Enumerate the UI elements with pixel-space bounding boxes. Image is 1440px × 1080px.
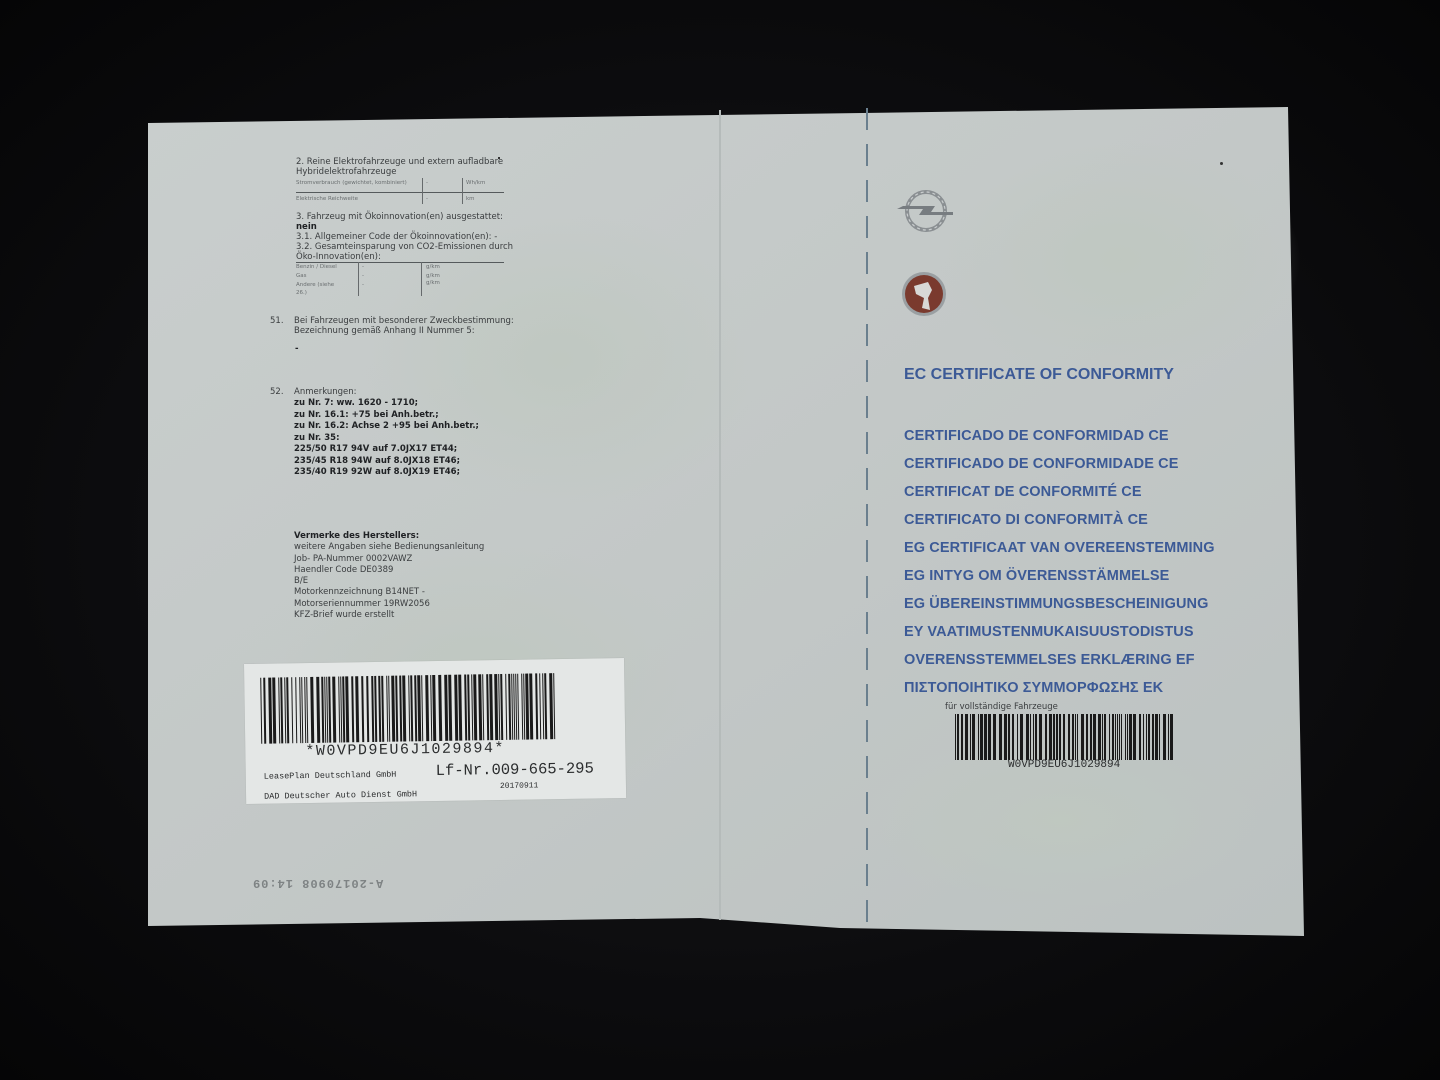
speck — [1220, 162, 1223, 165]
note-line: Haendler Code DE0389 — [294, 565, 484, 576]
translation-el: ΠΙΣΤΟΠΟΙΗΤΙΚΟ ΣΥΜΜΟΡΦΩΣΗΣ ΕΚ — [904, 680, 1163, 696]
note-line: Job- PA-Nummer 0002VAWZ — [294, 554, 484, 565]
section2-row-value: - — [426, 196, 428, 202]
section3-row-label: 26.) — [296, 290, 307, 296]
note-line: Motorseriennummer 19RW2056 — [294, 599, 484, 610]
section2-row-label: Stromverbrauch (gewichtet, kombiniert) — [296, 180, 407, 186]
table-rule — [296, 192, 504, 193]
opel-logo-icon — [893, 186, 959, 236]
item51-value: - — [295, 344, 299, 355]
item52-title: Anmerkungen: — [294, 387, 357, 398]
sticker-company1: LeasePlan Deutschland GmbH — [264, 770, 397, 782]
speck — [498, 157, 500, 159]
remark-line: zu Nr. 16.1: +75 bei Anh.betr.; — [294, 410, 479, 422]
item51-number: 51. — [270, 316, 284, 327]
section3-row-unit: g/km — [426, 273, 440, 279]
vauxhall-griffin-icon — [898, 268, 950, 320]
translation-da: OVERENSSTEMMELSES ERKLÆRING EF — [904, 652, 1195, 668]
section2-title-line2: Hybridelektrofahrzeuge — [296, 167, 396, 178]
item51-line2: Bezeichnung gemäß Anhang II Nummer 5: — [294, 326, 475, 337]
table-divider — [462, 178, 463, 204]
section2-row-label: Elektrische Reichweite — [296, 196, 358, 202]
translation-fi: EY VAATIMUSTENMUKAISUUSTODISTUS — [904, 624, 1194, 640]
remark-line: 225/50 R17 94V auf 7.0JX17 ET44; — [294, 444, 479, 456]
remark-line: 235/40 R19 92W auf 8.0JX19 ET46; — [294, 467, 479, 479]
note-line: KFZ-Brief wurde erstellt — [294, 610, 484, 621]
section2-row-unit: Wh/km — [466, 180, 485, 186]
note-line: weitere Angaben siehe Bedienungsanleitun… — [294, 542, 484, 553]
note-line: Motorkennzeichnung B14NET - — [294, 587, 484, 598]
certificate-paper — [0, 0, 1440, 1080]
translation-it: CERTIFICATO DI CONFORMITÀ CE — [904, 512, 1148, 528]
translation-pt: CERTIFICADO DE CONFORMIDADE CE — [904, 456, 1178, 472]
translation-nl: EG CERTIFICAAT VAN OVEREENSTEMMING — [904, 540, 1215, 556]
print-stamp: A-20170908 14:09 — [252, 876, 383, 890]
dealer-sticker: *W0VPD9EU6J1029894* LeasePlan Deutschlan… — [244, 658, 626, 804]
table-divider — [422, 178, 423, 204]
section2-row-value: - — [426, 180, 428, 186]
paper-shape — [0, 0, 1440, 1080]
translation-de: EG ÜBEREINSTIMMUNGSBESCHEINIGUNG — [904, 596, 1209, 612]
perforation-line — [866, 108, 868, 930]
section2-row-unit: km — [466, 196, 475, 202]
manufacturer-notes: Vermerke des Herstellers: weitere Angabe… — [294, 531, 484, 621]
sticker-lf-number: Lf-Nr.009-665-295 — [436, 760, 594, 780]
certificate-subtitle: für vollständige Fahrzeuge — [945, 702, 1058, 713]
item52-number: 52. — [270, 387, 284, 398]
table-divider — [421, 262, 422, 296]
item52-remarks: zu Nr. 7: ww. 1620 - 1710; zu Nr. 16.1: … — [294, 398, 479, 479]
section3-row-unit: g/km — [426, 280, 440, 286]
section3-row-unit: g/km — [426, 264, 440, 270]
translation-fr: CERTIFICAT DE CONFORMITÉ CE — [904, 484, 1142, 500]
translation-es: CERTIFICADO DE CONFORMIDAD CE — [904, 428, 1169, 444]
section3-row-label: Benzin / Diesel — [296, 264, 337, 270]
sticker-company2: DAD Deutscher Auto Dienst GmbH — [264, 789, 417, 801]
vin-text: W0VPD9EU6J1029894 — [1008, 759, 1120, 771]
section3-row-label: Andere (siehe — [296, 282, 334, 288]
translation-sv: EG INTYG OM ÖVERENSSTÄMMELSE — [904, 568, 1169, 584]
table-rule — [296, 262, 504, 263]
section3-row-value: - — [362, 273, 364, 279]
manufacturer-notes-title: Vermerke des Herstellers: — [294, 531, 484, 542]
remark-line: zu Nr. 16.2: Achse 2 +95 bei Anh.betr.; — [294, 421, 479, 433]
section3-title: 3. Fahrzeug mit Ökoinnovation(en) ausges… — [296, 212, 503, 223]
sticker-date: 20170911 — [500, 781, 539, 791]
vin-barcode — [260, 673, 557, 744]
section3-row-value: - — [362, 282, 364, 288]
note-line: B/E — [294, 576, 484, 587]
section3-row-label: Gas — [296, 273, 307, 279]
certificate-title: EC CERTIFICATE OF CONFORMITY — [904, 366, 1174, 384]
remark-line: 235/45 R18 94W auf 8.0JX18 ET46; — [294, 456, 479, 468]
remark-line: zu Nr. 7: ww. 1620 - 1710; — [294, 398, 479, 410]
table-divider — [358, 262, 359, 296]
sticker-barcode-text: *W0VPD9EU6J1029894* — [305, 740, 505, 760]
vin-barcode-right — [955, 714, 1177, 760]
remark-line: zu Nr. 35: — [294, 433, 479, 445]
section3-row-value: - — [362, 264, 364, 270]
